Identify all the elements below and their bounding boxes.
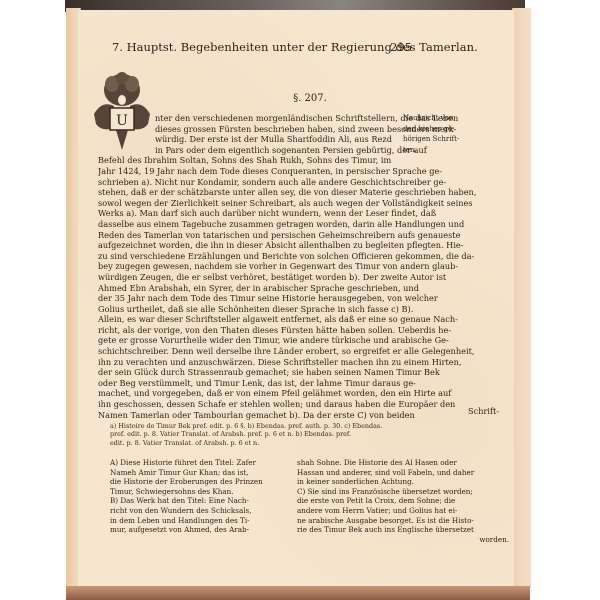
margin-note-line: den hieher ge-: [403, 124, 483, 135]
margin-note-line: hörigen Schrift-: [403, 134, 483, 145]
text-line: würdigen Zeugen, die er selbst verhöret,…: [98, 272, 506, 283]
note-line: shah Sohne. Die Historie des Al Hasen od…: [297, 458, 509, 468]
note-line: B) Das Werk hat den Titel: Eine Nach-: [110, 496, 310, 506]
text-line: der sein Glück durch Strassenraub gemach…: [98, 367, 506, 378]
text-line: machet, und vorgegeben, daß er von einem…: [98, 388, 506, 399]
footnote-line: pref. edit. p. 8. Vatier Translat. of Ar…: [110, 430, 510, 438]
note-line: andere vom Herrn Vatier; und Golius hat …: [297, 506, 509, 516]
text-line: ihn zu verachten und anzuschwärzen. Dies…: [98, 357, 506, 368]
text-line: dasselbe aus einem Tagebuche zusammen ge…: [98, 219, 506, 230]
text-line: gete er grosse Vorurtheile wider den Tim…: [98, 335, 506, 346]
notes-column-right: shah Sohne. Die Historie des Al Hasen od…: [297, 458, 509, 544]
text-line: Namen Tamerlan oder Tambourlan gemachet …: [98, 410, 506, 421]
note-line: die Historie der Eroberungen des Prinzen: [110, 477, 310, 487]
footnote-line: a) Histoire de Timur Bek pref. edit. p. …: [110, 422, 510, 430]
text-line: Jahr 1424, 19 Jahr nach dem Tode dieses …: [98, 166, 506, 177]
note-line: worden.: [297, 535, 509, 545]
text-line: zu sind verschiedene Erzählungen und Ber…: [98, 251, 506, 262]
note-line: in keiner sonderlichen Achtung.: [297, 477, 509, 487]
notes-column-left: A) Diese Historie führet den Titel: Zafe…: [110, 458, 310, 535]
text-line: Befehl des Ibrahim Soltan, Sohns des Sha…: [98, 155, 506, 166]
running-header: 7. Hauptst. Begebenheiten unter der Regi…: [112, 40, 412, 54]
book-cover-edge: [66, 586, 530, 600]
note-line: in dem Leben und Handlungen des Ti-: [110, 516, 310, 526]
page-number: 295: [390, 40, 412, 54]
note-line: rie des Timur Bek auch ins Englische übe…: [297, 525, 509, 535]
text-line: schrieben a). Nicht nur Kondamir, sonder…: [98, 177, 506, 188]
note-line: ne arabische Ausgabe besorget. Es ist di…: [297, 516, 509, 526]
text-line: der 35 Jahr nach dem Tode des Timur sein…: [98, 293, 506, 304]
catchword: Schrift-: [468, 406, 499, 416]
text-line: bey zugegen gewesen, nachdem sie vorher …: [98, 261, 506, 272]
note-line: C) Sie sind ins Französische übersetzet …: [297, 487, 509, 497]
note-line: die erste von Petit la Croix, dem Sohne;…: [297, 496, 509, 506]
margin-note-line: Nachricht von: [403, 113, 483, 124]
text-line: aufgezeichnet worden, die ihn in dieser …: [98, 240, 506, 251]
note-line: Nameh Amir Timur Gur Khan; das ist,: [110, 468, 310, 478]
text-line: Ahmed Ebn Arabshah, ein Syrer, der in ar…: [98, 283, 506, 294]
text-line: Golius urtheilet, daß sie alle Schönheit…: [98, 304, 506, 315]
footnotes: a) Histoire de Timur Bek pref. edit. p. …: [110, 422, 510, 447]
text-line: stehen, daß er der schätzbarste unter al…: [98, 187, 506, 198]
margin-note-line: ten.: [403, 145, 483, 156]
text-line: sowol wegen der Zierlichkeit seiner Schr…: [98, 198, 506, 209]
text-line: oder Beg verstümmelt, und Timur Lenk, da…: [98, 378, 506, 389]
text-line: Reden des Tamerlan von tatarischen und p…: [98, 230, 506, 241]
text-line: Allein, es war dieser Schriftsteller alg…: [98, 314, 506, 325]
margin-note: Nachricht von den hieher ge- hörigen Sch…: [403, 113, 483, 155]
note-line: Timur, Schwiegersohns des Khan.: [110, 487, 310, 497]
text-line: schichtschreiber. Denn weil derselbe ihr…: [98, 346, 506, 357]
text-line: ihn geschossen, dessen Schafe er stehlen…: [98, 399, 506, 410]
note-line: Hassan und anderer, sind voll Fabeln, un…: [297, 468, 509, 478]
footnote-line: edit. p. 8. Vatier Translat. of Arabsh. …: [110, 439, 510, 447]
text-line: Werks a). Man darf sich auch darüber nic…: [98, 208, 506, 219]
text-line: richt, als der vorige, von den Thaten di…: [98, 325, 506, 336]
note-line: richt von den Wundern des Schicksals,: [110, 506, 310, 516]
main-body-text: nter den verschiedenen morgenländischen …: [98, 113, 506, 420]
note-line: A) Diese Historie führet den Titel: Zafe…: [110, 458, 310, 468]
note-line: mur, aufgesetzt von Ahmed, des Arab-: [110, 525, 310, 535]
